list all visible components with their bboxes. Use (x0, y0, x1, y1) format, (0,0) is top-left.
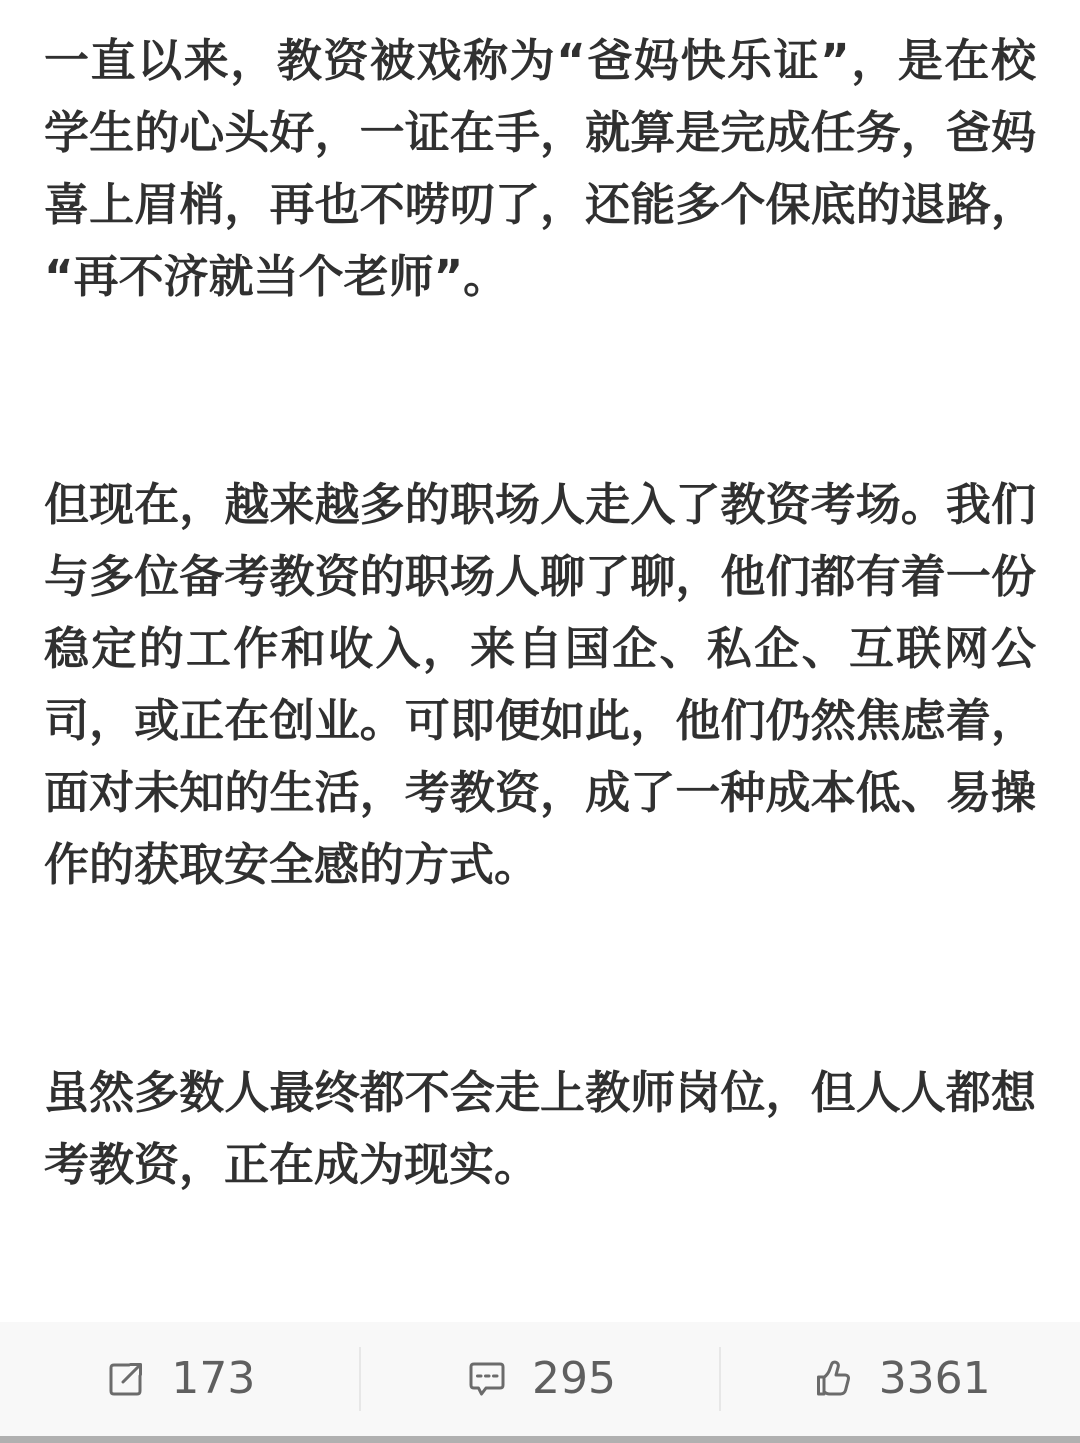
share-count: 173 (171, 1357, 255, 1401)
comment-icon (464, 1356, 510, 1402)
paragraph-2: 但现在，越来越多的职场人走入了教资考场。我们与多位备考教资的职场人聊了聊，他们都… (44, 469, 1036, 901)
bottom-toolbar: 173 295 3361 (0, 1322, 1080, 1436)
article-reader-page: { "article": { "paragraphs": [ "一直以来，教资被… (0, 0, 1080, 1443)
paragraph-1: 一直以来，教资被戏称为“爸妈快乐证”，是在校学生的心头好，一证在手，就算是完成任… (44, 25, 1036, 313)
share-icon (103, 1356, 149, 1402)
share-button[interactable]: 173 (0, 1322, 359, 1436)
comment-count: 295 (532, 1357, 616, 1401)
bottom-edge-bar (0, 1436, 1080, 1443)
comment-button[interactable]: 295 (361, 1322, 720, 1436)
like-button[interactable]: 3361 (721, 1322, 1080, 1436)
paragraph-3: 虽然多数人最终都不会走上教师岗位，但人人都想考教资，正在成为现实。 (44, 1057, 1036, 1201)
thumbs-up-icon (811, 1356, 857, 1402)
article-body: 一直以来，教资被戏称为“爸妈快乐证”，是在校学生的心头好，一证在手，就算是完成任… (0, 0, 1080, 1201)
like-count: 3361 (879, 1357, 991, 1401)
